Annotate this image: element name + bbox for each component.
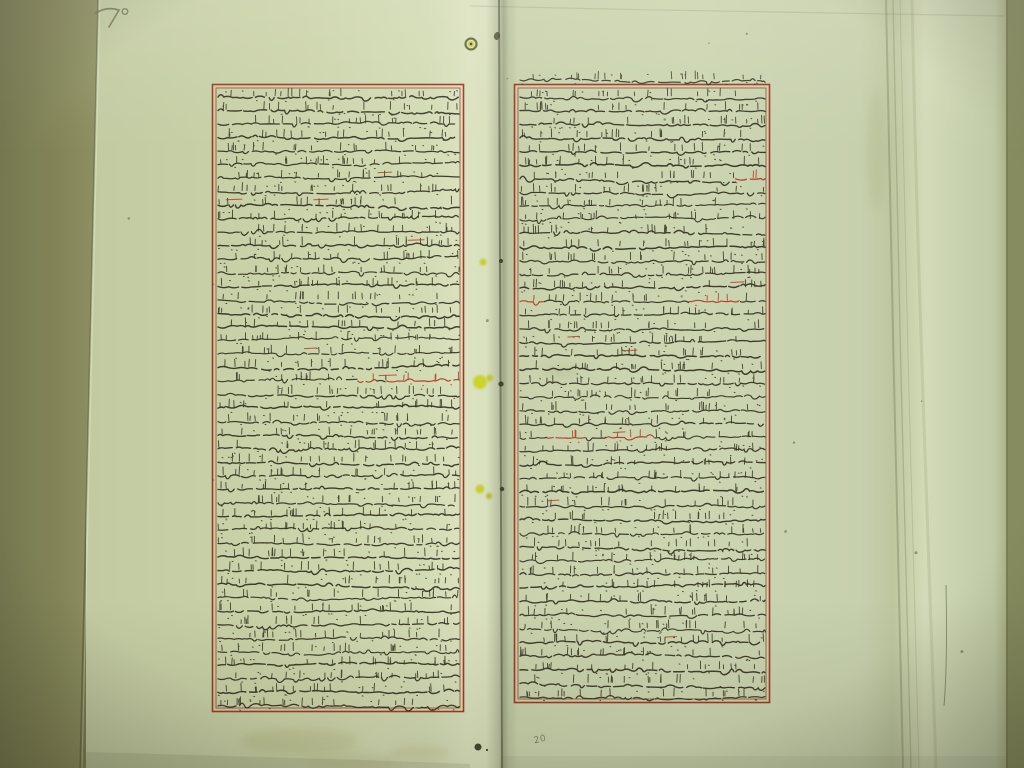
wax-spot-3b: [486, 493, 492, 499]
dust-speck: [212, 479, 214, 481]
right-cover-edge: [1006, 0, 1024, 768]
text-stroke: [731, 282, 744, 283]
dust-speck: [784, 530, 787, 533]
text-stroke: [665, 637, 676, 638]
text-stroke: [226, 199, 242, 200]
text-stroke: [613, 432, 625, 433]
stitch-hole-3: [498, 381, 503, 386]
dust-speck: [680, 295, 682, 297]
text-stroke: [408, 240, 424, 241]
stitch-hole-2: [499, 259, 503, 263]
dust-speck: [921, 400, 923, 402]
dust-speck: [507, 78, 509, 80]
wax-spot-3a: [476, 485, 485, 494]
wax-spot-1: [480, 259, 487, 266]
bottom-right-shade: [500, 756, 1008, 768]
text-stroke: [623, 350, 637, 351]
dust-speck: [225, 518, 227, 520]
dust-speck: [663, 118, 666, 121]
dust-speck: [325, 559, 327, 561]
text-stroke: [314, 199, 328, 200]
text-stroke: [305, 348, 317, 349]
stitch-hole-5-dot: [486, 749, 488, 751]
text-stroke: [379, 375, 397, 376]
text-stroke: [378, 172, 392, 173]
wax-spot-2a: [473, 375, 487, 389]
dust-speck: [960, 650, 963, 653]
dust-speck: [708, 42, 710, 44]
text-stroke: [568, 336, 579, 337]
text-stroke: [534, 295, 535, 300]
book-spread: 20: [0, 0, 1024, 768]
stitch-hole-4: [500, 487, 504, 491]
dust-speck: [746, 33, 748, 35]
stitch-hole-5: [475, 744, 482, 751]
wax-spot-2b: [487, 375, 494, 382]
text-stroke: [547, 500, 559, 501]
dust-speck: [915, 551, 918, 554]
manuscript-photo: 20: [0, 0, 1024, 768]
dust-speck: [128, 217, 130, 219]
dust-speck: [486, 319, 489, 322]
dust-speck: [213, 284, 214, 285]
dust-speck: [793, 441, 795, 443]
top-grommet-hole: [470, 43, 472, 45]
